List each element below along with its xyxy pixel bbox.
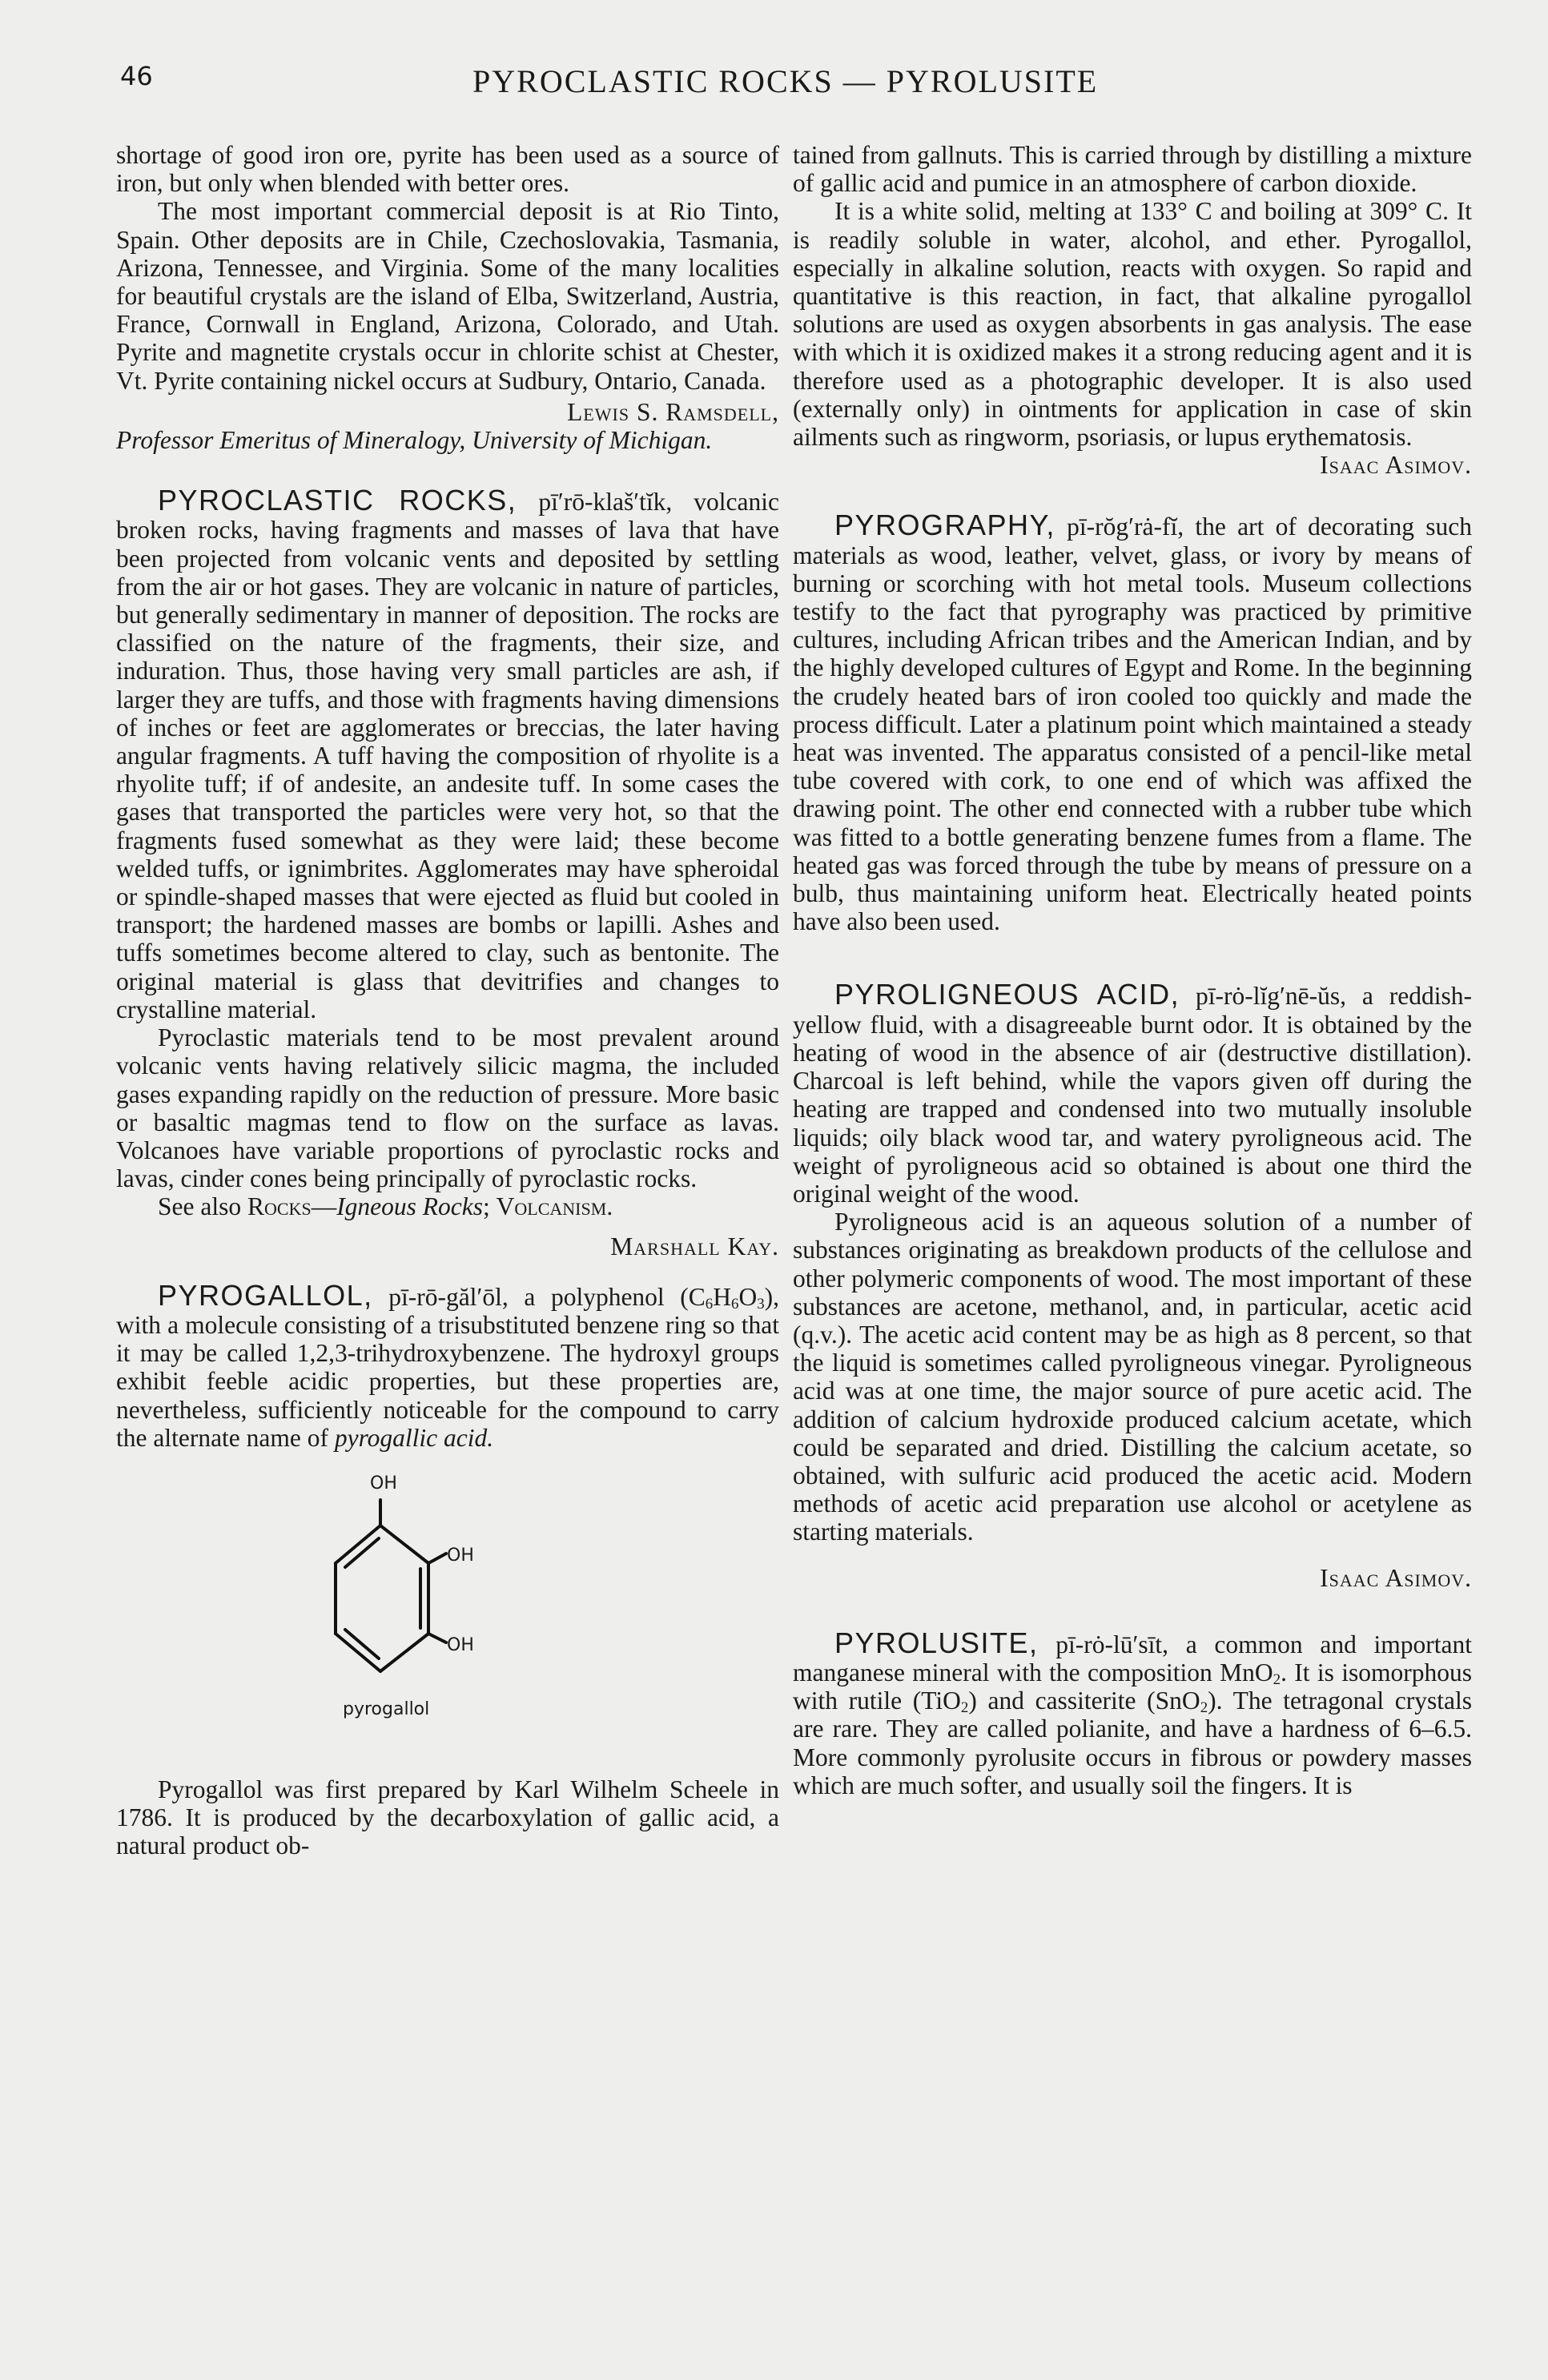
subscript: 6 xyxy=(706,1296,713,1313)
left-column: shortage of good iron ore, pyrite has be… xyxy=(116,141,779,1860)
right-column: tained from gallnuts. This is carried th… xyxy=(793,141,1472,1799)
paragraph: Pyroclastic materials tend to be most pr… xyxy=(116,1023,779,1192)
subscript: 2 xyxy=(961,1699,968,1716)
hydroxyl-label: OH xyxy=(447,1542,474,1570)
entry-headword: PYROLUSITE, xyxy=(834,1626,1039,1659)
italic-term: pyrogallic acid. xyxy=(335,1424,493,1452)
pronunciation: pī-rȯ-lĭg′nē-ŭs, xyxy=(1196,982,1346,1010)
encyclopedia-page: 46 PYROCLASTIC ROCKS — PYROLUSITE shorta… xyxy=(0,0,1548,2380)
entry-headword: PYROGRAPHY, xyxy=(834,509,1055,541)
author-signature: Marshall Kay. xyxy=(116,1232,779,1260)
paragraph: PYROGRAPHY, pī-rŏg′rȧ-fĭ, the art of dec… xyxy=(793,511,1472,935)
entry-pyrography: PYROGRAPHY, pī-rŏg′rȧ-fĭ, the art of dec… xyxy=(793,511,1472,935)
paragraph-text: the art of decorating such materials as … xyxy=(793,513,1472,935)
cross-reference-link[interactable]: Volcan­ism xyxy=(497,1192,607,1220)
cross-reference-link[interactable]: Rocks xyxy=(247,1192,312,1220)
hydroxyl-label: OH xyxy=(370,1469,397,1498)
pyrogallol-structure-figure: OH OH OH pyrogallol xyxy=(116,1471,779,1807)
entry-headword: PYROCLASTIC ROCKS, xyxy=(158,484,517,517)
see-also: See also Rocks—Igneous Rocks; Volcan­ism… xyxy=(116,1192,779,1220)
hydroxyl-label: OH xyxy=(447,1631,474,1659)
paragraph-text: ) and cassiterite (SnO xyxy=(968,1687,1200,1715)
see-also-label: See also xyxy=(158,1192,247,1220)
entry-pyrite-continuation: shortage of good iron ore, pyrite has be… xyxy=(116,141,779,454)
subscript: 2 xyxy=(1273,1671,1281,1688)
pronunciation: pī-rŏg′rȧ-fĭ, xyxy=(1067,513,1184,541)
entry-pyroligneous-acid: PYROLIGNEOUS ACID, pī-rȯ-lĭg′nē-ŭs, a re… xyxy=(793,980,1472,1591)
paragraph: PYROGALLOL, pī-rō-găl′ōl, a polyphenol (… xyxy=(116,1281,779,1452)
paragraph: PYROCLASTIC ROCKS, pī′rō-klaš′tĭk, volca… xyxy=(116,486,779,1023)
paragraph: PYROLUSITE, pī-rȯ-lū′sīt, a common and i… xyxy=(793,1629,1472,1799)
author-signature: Isaac Asimov. xyxy=(793,1564,1472,1592)
page-number: 46 xyxy=(120,61,153,91)
entry-pyrogallol: PYROGALLOL, pī-rō-găl′ōl, a polyphenol (… xyxy=(116,1281,779,1860)
paragraph-text: H xyxy=(713,1283,731,1311)
paragraph: tained from gallnuts. This is carried th… xyxy=(793,141,1472,197)
cross-reference-link[interactable]: Igneous Rocks xyxy=(336,1192,483,1220)
figure-caption: pyrogallol xyxy=(343,1695,429,1723)
entry-headword: PYROGALLOL, xyxy=(158,1279,373,1312)
paragraph-text: a polyphenol (C xyxy=(524,1283,705,1311)
pronunciation: pī-rȯ-lū′sīt, xyxy=(1055,1630,1168,1658)
paragraph: It is a white solid, melting at 133° C a… xyxy=(793,197,1472,451)
entry-headword: PYROLIGNEOUS ACID, xyxy=(834,978,1180,1011)
author-signature: Isaac Asimov. xyxy=(793,451,1472,479)
entry-pyrolusite: PYROLUSITE, pī-rȯ-lū′sīt, a common and i… xyxy=(793,1629,1472,1799)
author-affiliation: Professor Emeritus of Mineralogy, Univer… xyxy=(116,426,779,454)
paragraph: shortage of good iron ore, pyrite has be… xyxy=(116,141,779,197)
entry-pyrogallol-continuation: tained from gallnuts. This is carried th… xyxy=(793,141,1472,479)
subscript: 3 xyxy=(757,1296,764,1313)
subscript: 2 xyxy=(1200,1699,1208,1716)
pronunciation: pī-rō-găl′ōl, xyxy=(388,1283,508,1311)
separator: — xyxy=(312,1192,337,1220)
pronunciation: pī′rō-klaš′tĭk, xyxy=(538,488,672,516)
paragraph: Pyroligneous acid is an aqueous solution… xyxy=(793,1208,1472,1546)
paragraph-text: volcanic broken rocks, having fragments … xyxy=(116,488,779,1023)
author-signature: Lewis S. Ramsdell, xyxy=(116,398,779,426)
separator: . xyxy=(606,1192,613,1220)
paragraph: PYROLIGNEOUS ACID, pī-rȯ-lĭg′nē-ŭs, a re… xyxy=(793,980,1472,1208)
paragraph: The most important commercial deposit is… xyxy=(116,197,779,394)
running-head: PYROCLASTIC ROCKS — PYROLUSITE xyxy=(472,62,1098,100)
separator: ; xyxy=(483,1192,497,1220)
entry-pyroclastic-rocks: PYROCLASTIC ROCKS, pī′rō-klaš′tĭk, volca… xyxy=(116,486,779,1260)
paragraph-text: O xyxy=(738,1283,757,1311)
paragraph-text: a reddish-yellow fluid, with a disagreea… xyxy=(793,982,1472,1207)
